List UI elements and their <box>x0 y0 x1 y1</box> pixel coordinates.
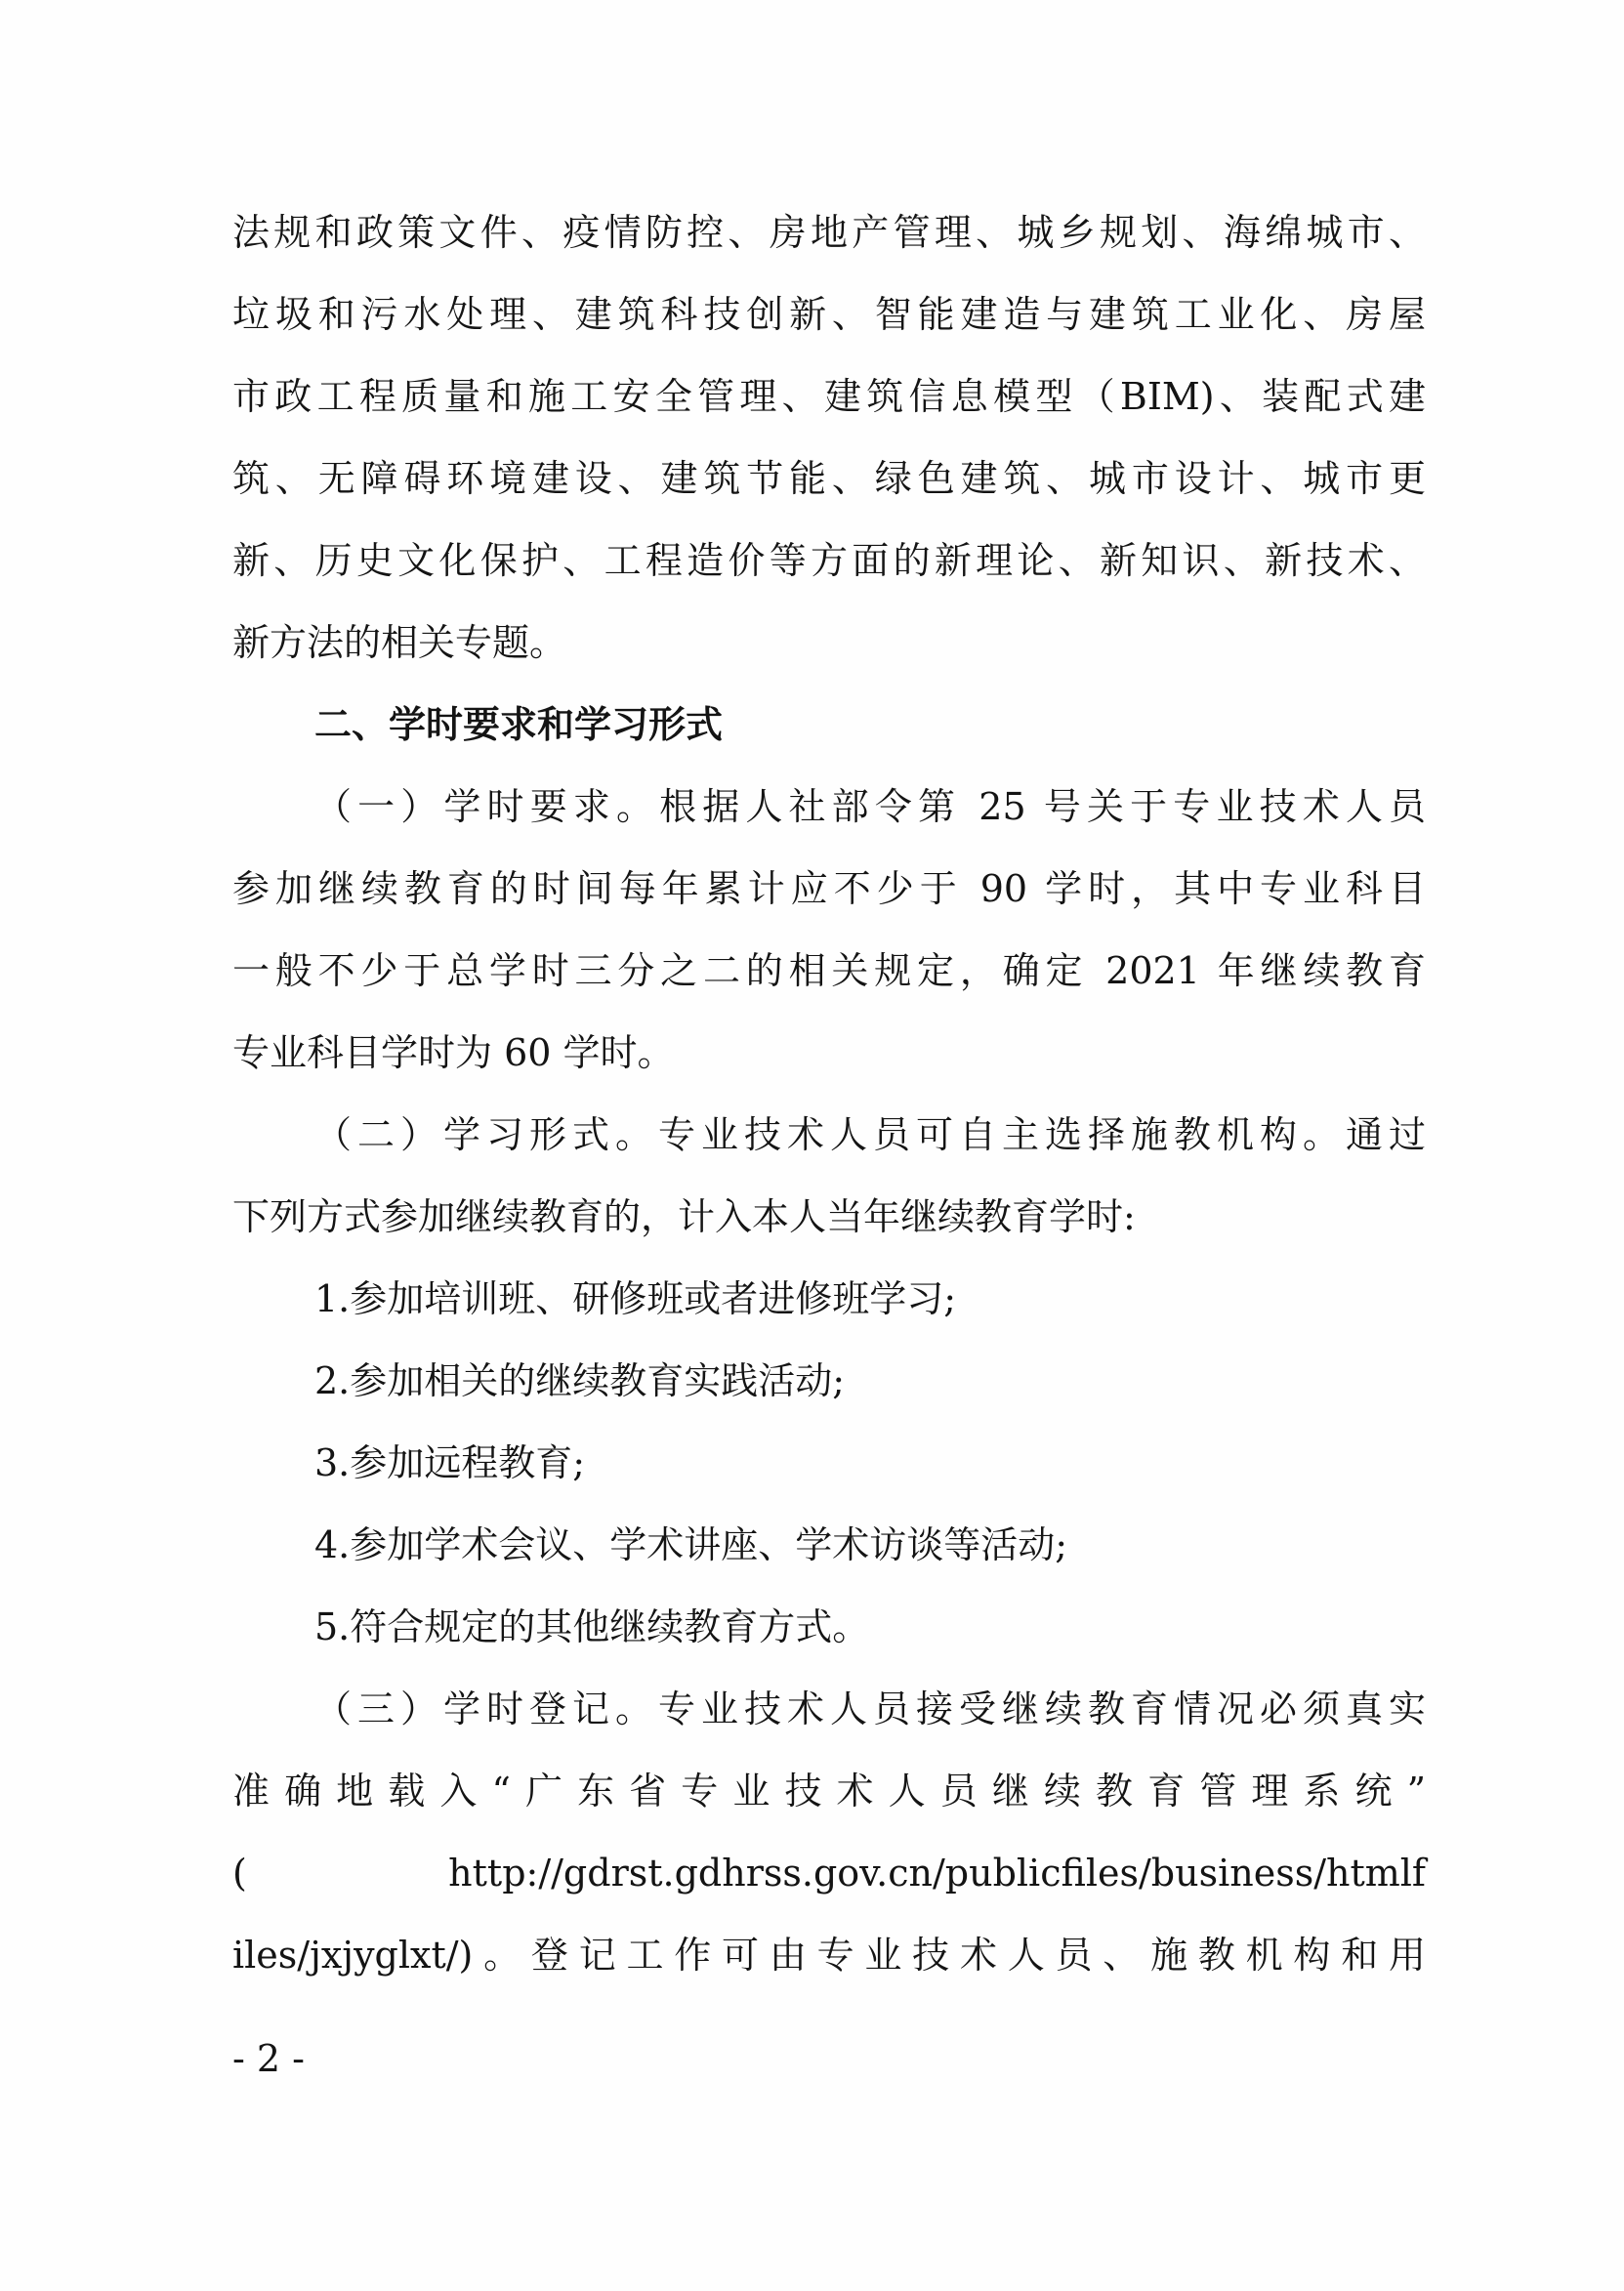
body-line: 法规和政策文件、疫情防控、房地产管理、城乡规划、海绵城市、 <box>232 203 1426 262</box>
body-line: 筑、无障碍环境建设、建筑节能、绿色建筑、城市设计、城市更 <box>232 449 1426 508</box>
body-line: （二）学习形式。专业技术人员可自主选择施教机构。通过 <box>314 1105 1426 1164</box>
body-line: 专业科目学时为 60 学时。 <box>232 1023 1426 1082</box>
list-item: 2.参加相关的继续教育实践活动; <box>314 1352 845 1410</box>
list-item: 5.符合规定的其他继续教育方式。 <box>314 1598 869 1656</box>
body-line: （三）学时登记。专业技术人员接受继续教育情况必须真实 <box>314 1680 1426 1738</box>
body-line: 参加继续教育的时间每年累计应不少于 90 学时，其中专业科目 <box>232 859 1426 918</box>
list-item: 4.参加学术会议、学术讲座、学术访谈等活动; <box>314 1516 1067 1574</box>
body-line: 垃圾和污水处理、建筑科技创新、智能建造与建筑工业化、房屋 <box>232 285 1426 344</box>
list-item: 1.参加培训班、研修班或者进修班学习; <box>314 1270 956 1328</box>
body-line: iles/jxjyglxt/)。登记工作可由专业技术人员、施教机构和用 <box>232 1926 1426 1984</box>
body-line: 下列方式参加继续教育的，计入本人当年继续教育学时: <box>232 1187 1426 1246</box>
document-page: 法规和政策文件、疫情防控、房地产管理、城乡规划、海绵城市、 垃圾和污水处理、建筑… <box>0 0 1624 2291</box>
list-item: 3.参加远程教育; <box>314 1434 585 1492</box>
url-line: ( http://gdrst.gdhrss.gov.cn/publicfiles… <box>232 1844 1426 1902</box>
body-line: （一）学时要求。根据人社部令第 25 号关于专业技术人员 <box>314 777 1426 836</box>
page-number: - 2 - <box>232 2029 305 2088</box>
body-line: 一般不少于总学时三分之二的相关规定，确定 2021 年继续教育 <box>232 941 1426 1000</box>
body-line: 新、历史文化保护、工程造价等方面的新理论、新知识、新技术、 <box>232 531 1426 590</box>
body-line: 市政工程质量和施工安全管理、建筑信息模型（BIM)、装配式建 <box>232 367 1426 426</box>
section-heading: 二、学时要求和学习形式 <box>314 695 1426 754</box>
body-line: 准确地载入“广东省专业技术人员继续教育管理系统” <box>232 1762 1426 1820</box>
body-line: 新方法的相关专题。 <box>232 613 1426 672</box>
